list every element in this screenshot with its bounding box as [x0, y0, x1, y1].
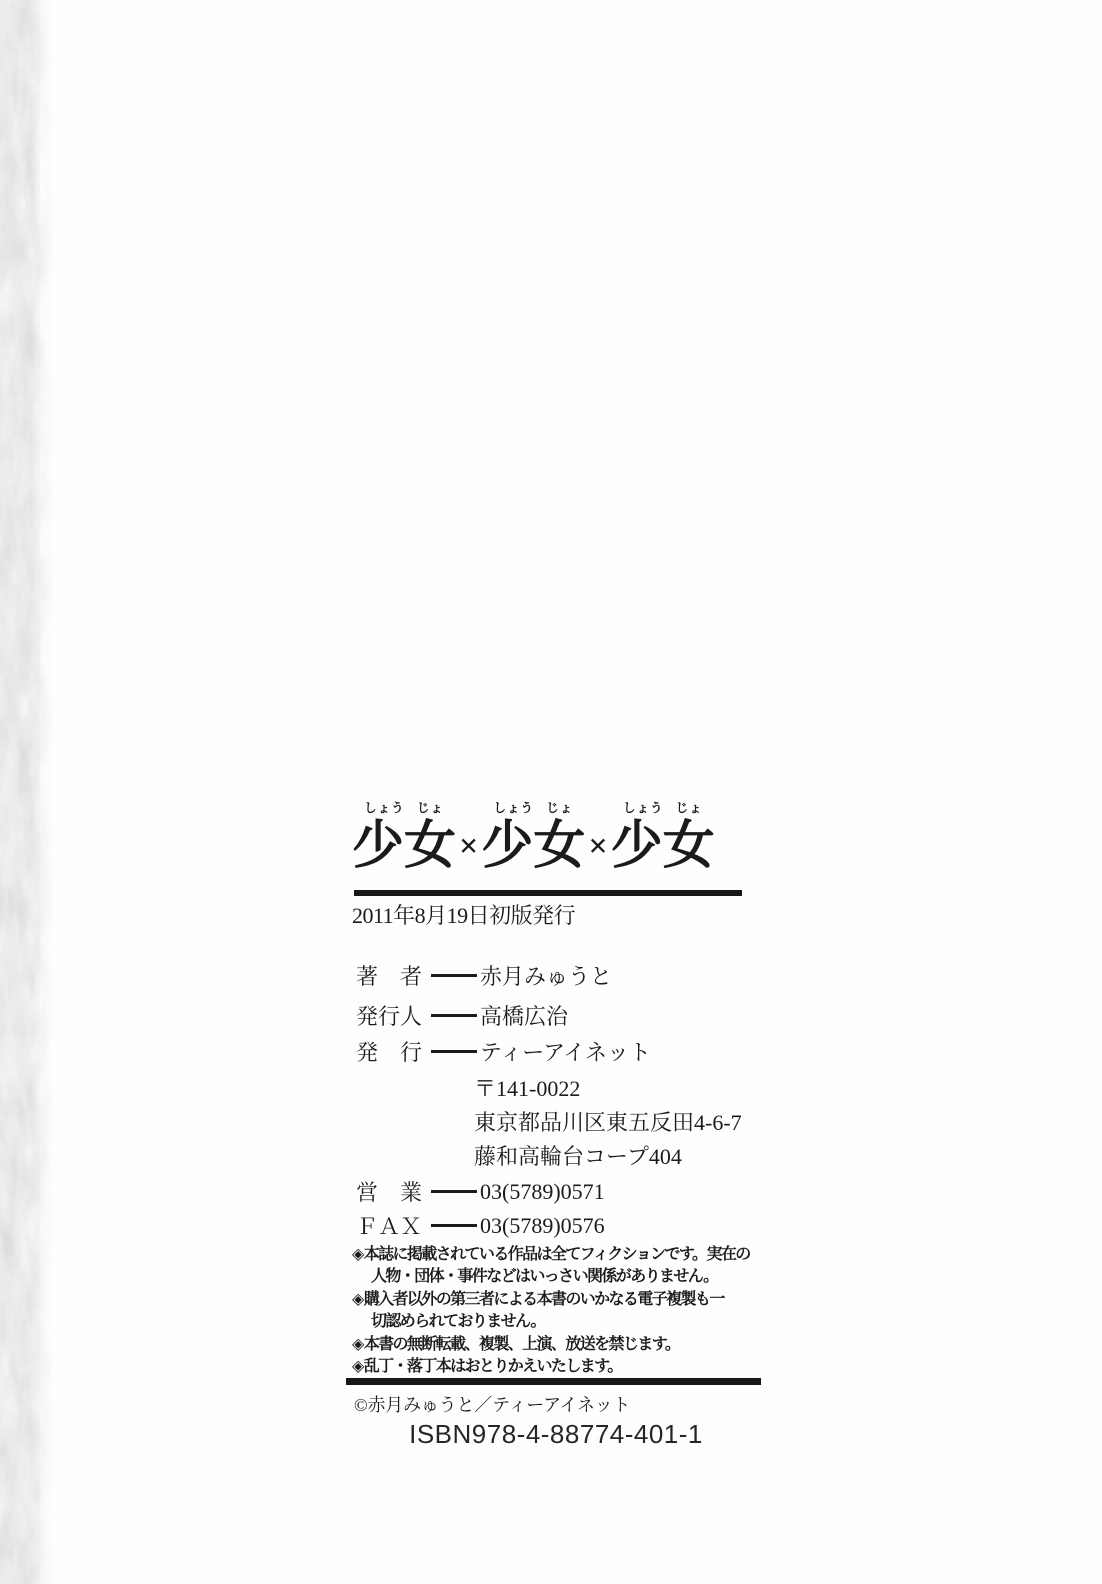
- row-value: 03(5789)0576: [480, 1213, 605, 1239]
- page-edge-texture: [0, 0, 54, 1584]
- furigana-text: しょう: [364, 798, 405, 816]
- furigana-text: じょ: [676, 798, 703, 816]
- row-label: 発行人: [356, 1000, 431, 1031]
- note-item: ◈購入者以外の第三者による本書のいかなる電子複製も一: [352, 1289, 760, 1311]
- colophon-block: しょう じょ 少女 × しょう じょ 少女 × しょう じょ 少女: [350, 798, 762, 875]
- furigana: しょう じょ: [352, 798, 456, 816]
- furigana-text: しょう: [494, 798, 535, 816]
- copyright-icon: ©: [354, 1395, 367, 1415]
- divider-rule-bottom: [346, 1378, 761, 1385]
- note-item-continuation: 切認められておりません。: [352, 1311, 760, 1333]
- row-label: 営 業: [356, 1176, 431, 1207]
- furigana: しょう じょ: [611, 798, 715, 816]
- book-title: しょう じょ 少女 × しょう じょ 少女 × しょう じょ 少女: [352, 798, 762, 875]
- info-row-fax: ＦＡＸ 03(5789)0576: [356, 1210, 605, 1241]
- title-kanji: 少女: [352, 818, 456, 875]
- copyright-text: 赤月みゅうと／ティーアイネット: [367, 1395, 630, 1415]
- colophon-page: しょう じょ 少女 × しょう じょ 少女 × しょう じょ 少女: [0, 0, 1102, 1584]
- address-line: 藤和高輪台コープ404: [474, 1140, 682, 1171]
- info-row-publisher: 発 行 ティーアイネット: [356, 1036, 651, 1067]
- address-line: 〒141-0022: [474, 1072, 580, 1103]
- multiply-separator: ×: [588, 828, 607, 866]
- furigana: しょう じょ: [481, 798, 585, 816]
- title-unit: しょう じょ 少女: [611, 798, 715, 875]
- divider-rule-top: [354, 890, 742, 896]
- row-value: 高橋広治: [480, 1000, 568, 1031]
- note-item: ◈乱丁・落丁本はおとりかえいたします。: [352, 1356, 760, 1378]
- note-text: 乱丁・落丁本はおとりかえいたします。: [364, 1358, 622, 1375]
- address-line: 東京都品川区東五反田4-6-7: [474, 1106, 742, 1137]
- row-value: 03(5789)0571: [480, 1179, 605, 1205]
- furigana-text: じょ: [546, 798, 573, 816]
- row-label: 発 行: [356, 1036, 431, 1067]
- title-unit: しょう じょ 少女: [352, 798, 456, 875]
- separator-dash: [431, 1190, 477, 1193]
- row-value: ティーアイネット: [480, 1036, 651, 1067]
- note-item: ◈本誌に掲載されている作品は全てフィクションです。実在の: [352, 1244, 760, 1266]
- diamond-bullet-icon: ◈: [352, 1246, 363, 1263]
- copyright-line: ©赤月みゅうと／ティーアイネット: [354, 1391, 630, 1417]
- diamond-bullet-icon: ◈: [352, 1336, 363, 1353]
- diamond-bullet-icon: ◈: [352, 1291, 363, 1308]
- title-unit: しょう じょ 少女: [481, 798, 585, 875]
- info-row-sales-phone: 営 業 03(5789)0571: [356, 1176, 605, 1207]
- separator-dash: [431, 1014, 477, 1017]
- edition-date: 2011年8月19日初版発行: [352, 899, 575, 930]
- note-text: 切認められておりません。: [371, 1313, 545, 1330]
- row-label: 著 者: [356, 960, 431, 991]
- note-text: 人物・団体・事件などはいっさい関係がありません。: [371, 1268, 718, 1285]
- furigana-text: じょ: [417, 798, 444, 816]
- note-text: 本書の無断転載、複製、上演、放送を禁じます。: [364, 1336, 680, 1353]
- row-label: ＦＡＸ: [356, 1210, 431, 1241]
- separator-dash: [431, 974, 477, 977]
- info-row-publisher-person: 発行人 高橋広治: [356, 1000, 568, 1031]
- title-kanji: 少女: [611, 818, 715, 875]
- isbn-text: ISBN978-4-88774-401-1: [350, 1419, 762, 1450]
- note-text: 購入者以外の第三者による本書のいかなる電子複製も一: [364, 1291, 724, 1308]
- legal-notes-list: ◈本誌に掲載されている作品は全てフィクションです。実在の 人物・団体・事件などは…: [352, 1244, 760, 1378]
- multiply-separator: ×: [459, 828, 478, 866]
- title-kanji: 少女: [481, 818, 585, 875]
- note-item: ◈本書の無断転載、複製、上演、放送を禁じます。: [352, 1334, 760, 1356]
- separator-dash: [431, 1050, 477, 1053]
- row-value: 赤月みゅうと: [480, 960, 612, 991]
- info-row-author: 著 者 赤月みゅうと: [356, 960, 612, 991]
- note-text: 本誌に掲載されている作品は全てフィクションです。実在の: [364, 1246, 750, 1263]
- diamond-bullet-icon: ◈: [352, 1358, 363, 1375]
- note-item-continuation: 人物・団体・事件などはいっさい関係がありません。: [352, 1266, 760, 1288]
- separator-dash: [431, 1224, 477, 1227]
- furigana-text: しょう: [623, 798, 664, 816]
